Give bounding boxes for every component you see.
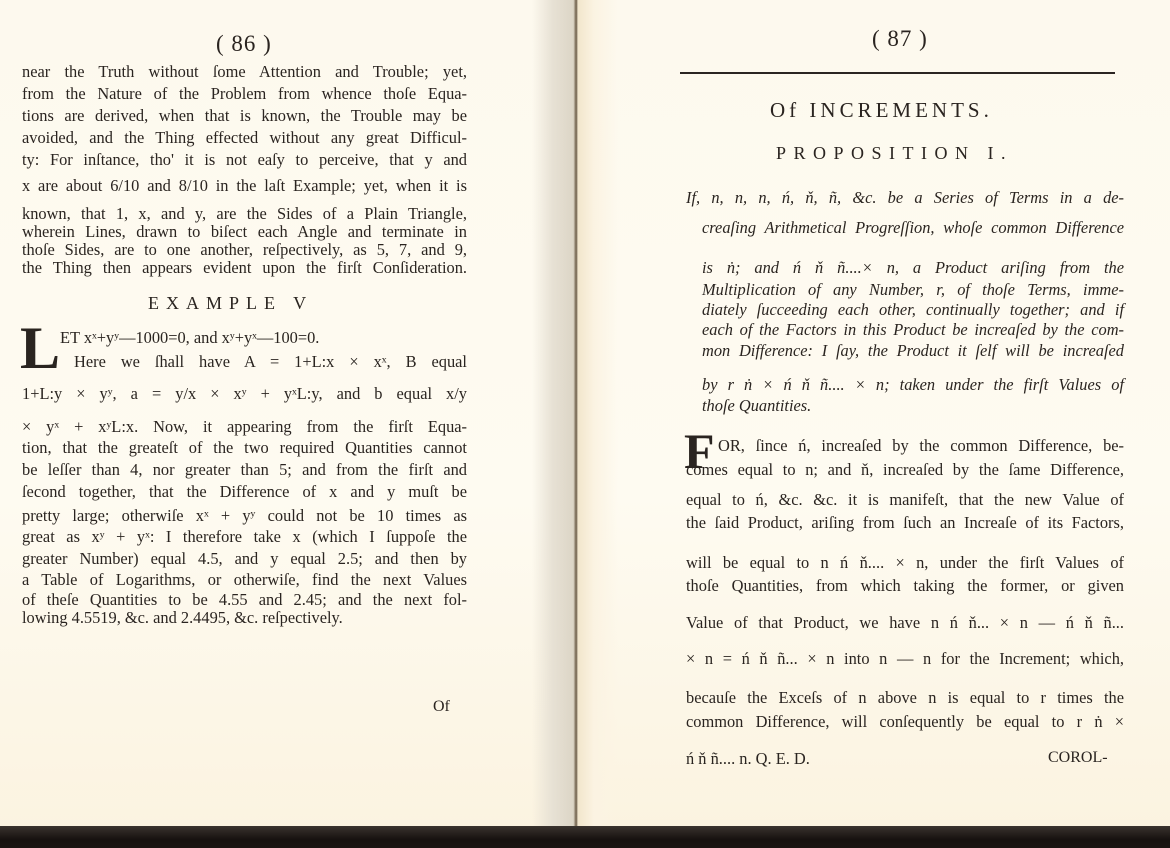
catchword: COROL- [1048,749,1108,767]
text-line: mon Difference: I ſay, the Product it ſe… [702,341,1124,361]
text-line: Here we ſhall have A = 1+L:x × xˣ, B equ… [74,352,467,372]
page-number-86: ( 86 ) [216,31,272,57]
catchword: Of [433,698,450,716]
text-line: ty: For inſtance, tho' it is not eaſy to… [22,150,467,170]
text-line: is ṅ; and ń ň ñ....× n, a Product ariſin… [702,258,1124,278]
text-line: thoſe Quantities. [702,396,1140,416]
text-line: the Thing then appears evident upon the … [22,258,467,278]
text-line: tion, that the greateſt of the two requi… [22,438,467,458]
text-line: lowing 4.5519, &c. and 2.4495, &c. reſpe… [22,608,467,628]
left-page: ( 86 ) near the Truth without ſome Atten… [0,0,578,835]
text-line: ſecond together, that the Difference of … [22,482,467,502]
text-line: Multiplication of any Number, r, of thoſ… [702,280,1124,300]
text-line: thoſe Quantities, from which taking the … [686,576,1124,596]
text-line: becauſe the Exceſs of n above n is equal… [686,688,1124,708]
text-line: pretty large; otherwiſe xˣ + yʸ could no… [22,506,467,526]
text-line: comes equal to n; and ň, increaſed by th… [686,460,1124,480]
text-line: ET xˣ+yʸ—1000=0, and xʸ+yˣ—100=0. [60,328,467,348]
text-line: thoſe Sides, are to one another, reſpect… [22,240,467,260]
text-line: known, that 1, x, and y, are the Sides o… [22,204,467,224]
text-line: by r ṅ × ń ň ñ.... × n; taken under the … [702,375,1124,395]
text-line: greater Number) equal 4.5, and y equal 2… [22,549,467,569]
text-line: wherein Lines, drawn to biſect each Angl… [22,222,467,242]
text-line: OR, ſince ń, increaſed by the common Dif… [718,436,1124,456]
text-line: × n = ń ň ñ... × n into n — n for the In… [686,649,1124,669]
text-line: near the Truth without ſome Attention an… [22,62,467,82]
book-bottom-edge [0,826,1170,848]
text-line: be leſſer than 4, nor greater than 5; an… [22,460,467,480]
drop-cap-L: L [20,320,60,376]
text-line: equal to ń, &c. &c. it is manifeſt, that… [686,490,1124,510]
text-line: 1+L:y × yʸ, a = y/x × xʸ + yˣL:y, and b … [22,384,467,404]
chapter-title: Of INCREMENTS. [770,98,993,123]
page-number-87: ( 87 ) [872,26,928,52]
text-line: diately ſucceeding each other, continual… [702,300,1124,320]
text-line: will be equal to n ń ň.... × n, under th… [686,553,1124,573]
text-line: × yˣ + xʸL:x. Now, it appearing from the… [22,417,467,437]
text-line: x are about 6/10 and 8/10 in the laſt Ex… [22,176,467,196]
text-line: common Difference, will conſequently be … [686,712,1124,732]
example-heading: EXAMPLE V [148,293,313,314]
text-line: If, n, n, n, ń, ň, ñ, &c. be a Series of… [686,188,1124,208]
text-line: great as xʸ + yˣ: I therefore take x (wh… [22,527,467,547]
text-line: from the Nature of the Problem from when… [22,84,467,104]
header-rule [680,72,1115,74]
text-line: each of the Factors in this Product be i… [702,320,1124,340]
text-line: avoided, and the Thing effected without … [22,128,467,148]
text-line: Value of that Product, we have n ń ň... … [686,613,1124,633]
text-line: the ſaid Product, ariſing from ſuch an I… [686,513,1124,533]
text-line: tions are derived, when that is known, t… [22,106,467,126]
proposition-heading: PROPOSITION I. [776,143,1013,164]
text-line: creaſing Arithmetical Progreſſion, whoſe… [702,218,1124,238]
text-line: a Table of Logarithms, or otherwiſe, fin… [22,570,467,590]
text-line: of theſe Quantities to be 4.55 and 2.45;… [22,590,467,610]
